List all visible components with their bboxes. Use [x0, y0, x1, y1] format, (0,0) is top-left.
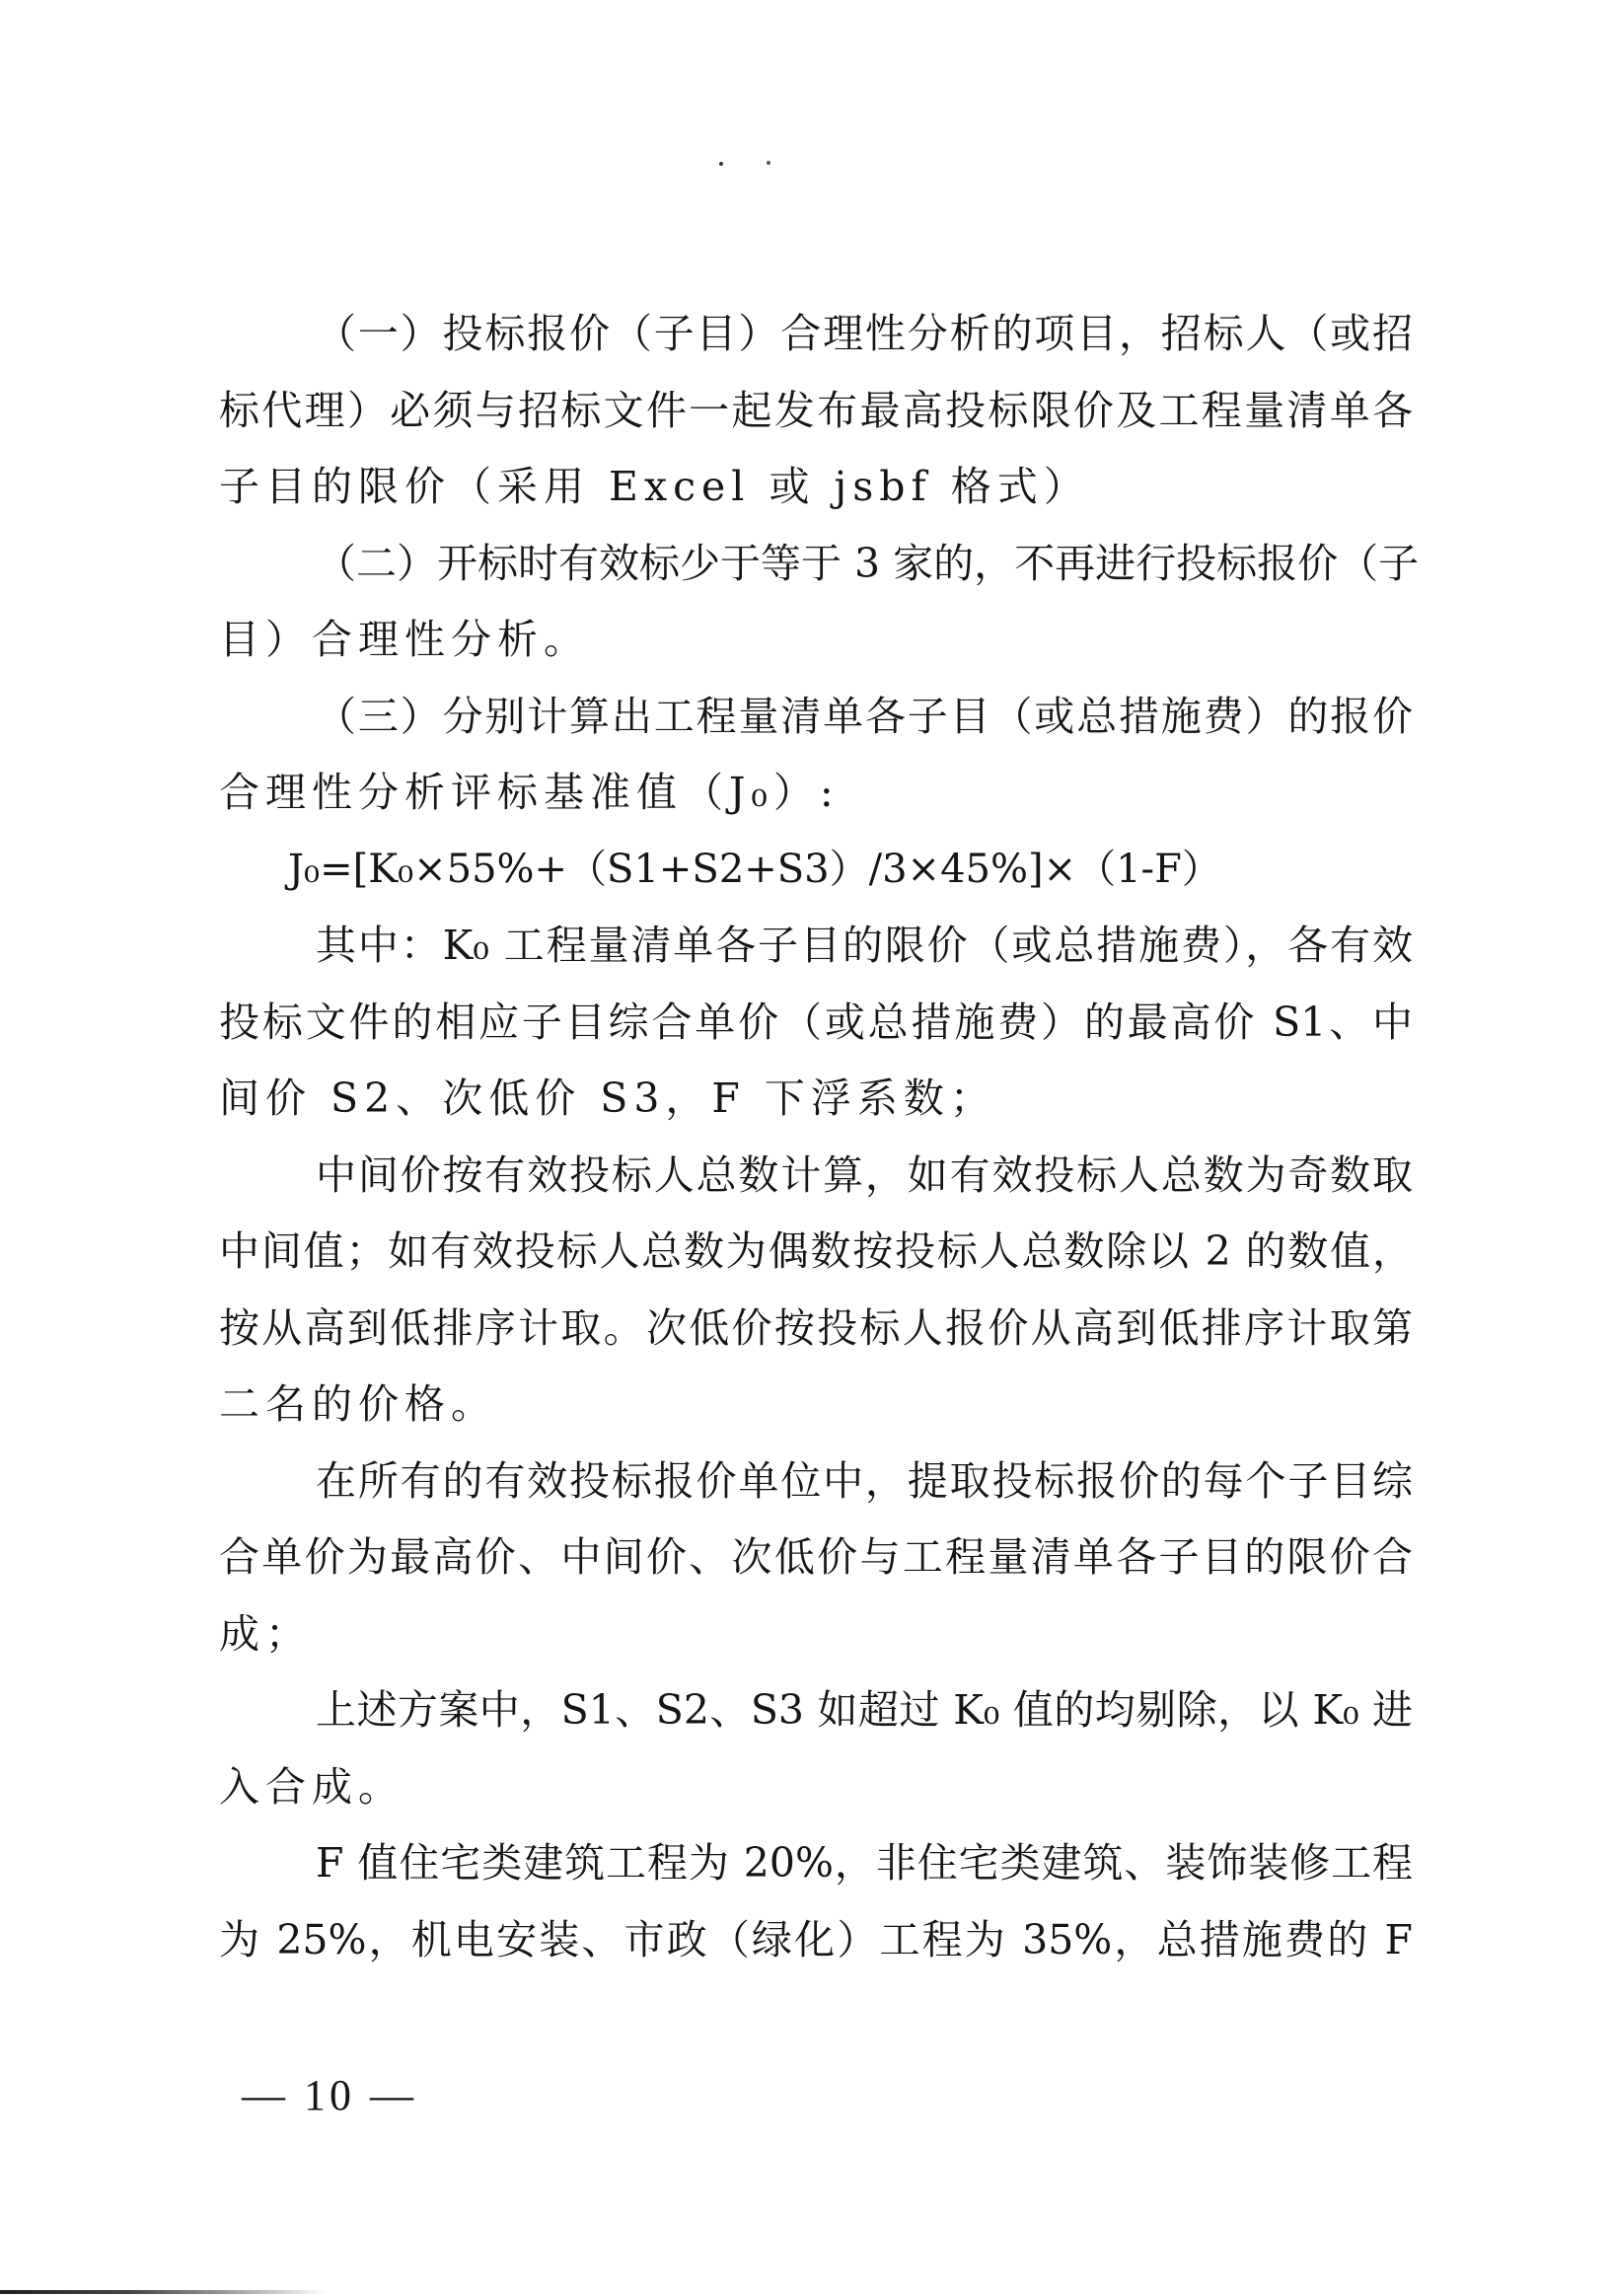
paragraph-line: 为 25%，机电安装、市政（绿化）工程为 35%，总措施费的 F: [219, 1902, 1413, 1979]
paragraph-line: 间价 S2、次低价 S3，F 下浮系数；: [219, 1061, 1413, 1138]
page-number: — 10 —: [242, 2070, 417, 2120]
paragraph-line: 二名的价格。: [219, 1367, 1413, 1444]
scan-speck: [719, 162, 723, 166]
paragraph-line: 合单价为最高价、中间价、次低价与工程量清单各子目的限价合: [219, 1519, 1413, 1596]
paragraph-line: （一）投标报价（子目）合理性分析的项目，招标人（或招: [219, 296, 1413, 373]
scan-speck: [767, 161, 770, 165]
paragraph-line: 子目的限价（采用 Excel 或 jsbf 格式）: [219, 449, 1413, 526]
paragraph-line: 成；: [219, 1596, 1413, 1673]
paragraph-line: 其中：K₀ 工程量清单各子目的限价（或总措施费），各有效: [219, 908, 1413, 985]
document-body: （一）投标报价（子目）合理性分析的项目，招标人（或招 标代理）必须与招标文件一起…: [219, 296, 1413, 1978]
paragraph-line: （二）开标时有效标少于等于 3 家的，不再进行投标报价（子: [219, 526, 1413, 603]
paragraph-line: 在所有的有效投标报价单位中，提取投标报价的每个子目综: [219, 1444, 1413, 1520]
scan-edge-shadow: [0, 2290, 326, 2294]
paragraph-line: 投标文件的相应子目综合单价（或总措施费）的最高价 S1、中: [219, 985, 1413, 1062]
paragraph-line: 标代理）必须与招标文件一起发布最高投标限价及工程量清单各: [219, 373, 1413, 450]
paragraph-line: （三）分别计算出工程量清单各子目（或总措施费）的报价: [219, 679, 1413, 756]
paragraph-line: 合理性分析评标基准值（J₀）:: [219, 755, 1413, 832]
paragraph-line: 中间值；如有效投标人总数为偶数按投标人总数除以 2 的数值，: [219, 1214, 1413, 1291]
formula-line: J₀=[K₀×55%+（S1+S2+S3）/3×45%]×（1-F）: [219, 832, 1413, 909]
paragraph-line: 按从高到低排序计取。次低价按投标人报价从高到低排序计取第: [219, 1291, 1413, 1368]
paragraph-line: F 值住宅类建筑工程为 20%，非住宅类建筑、装饰装修工程: [219, 1825, 1413, 1902]
paragraph-line: 目）合理性分析。: [219, 602, 1413, 679]
paragraph-line: 中间价按有效投标人总数计算，如有效投标人总数为奇数取: [219, 1138, 1413, 1215]
paragraph-line: 入合成。: [219, 1749, 1413, 1826]
paragraph-line: 上述方案中，S1、S2、S3 如超过 K₀ 值的均剔除，以 K₀ 进: [219, 1672, 1413, 1749]
